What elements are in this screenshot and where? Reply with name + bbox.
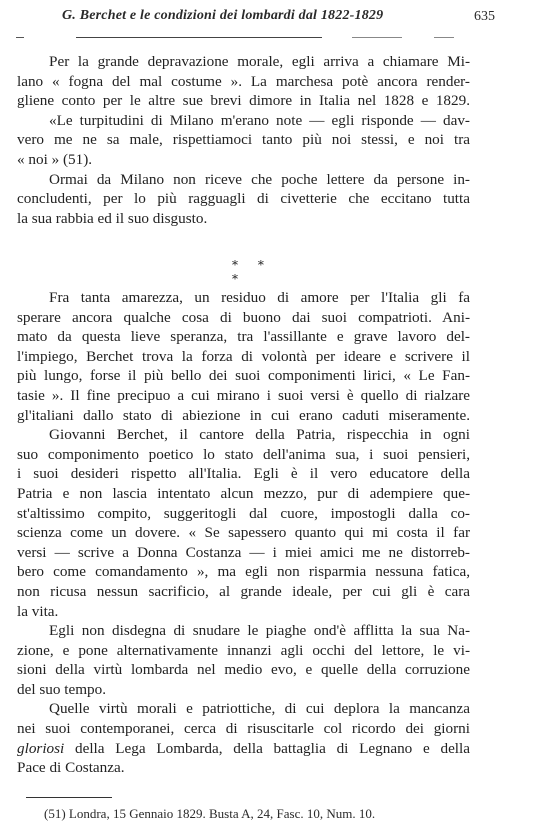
text-span: della Lega Lombarda, della battaglia di … (64, 740, 470, 757)
text-line: bero come comandamento », ma egli non ri… (17, 562, 470, 582)
text-line: Fra tanta amarezza, un residuo di amore … (17, 288, 470, 308)
text-line: concludenti, per lo più ragguagli di civ… (17, 189, 470, 209)
text-line: suo componimento poetico lo stato dell'a… (17, 445, 470, 465)
text-line: non ricusa nessun sacrificio, al grande … (17, 582, 470, 602)
text-line: i suoi desideri rispetto all'Italia. Egl… (17, 464, 470, 484)
header-rule-fragment (352, 37, 402, 38)
text-line: sperare ancora qualche cosa di buono dai… (17, 308, 470, 328)
text-line: vero me ne sa male, rispettiamoci tanto … (17, 130, 470, 150)
section-2-body: Fra tanta amarezza, un residuo di amore … (17, 288, 470, 778)
paragraph: Ormai da Milano non riceve che poche let… (17, 170, 470, 229)
text-line: versi — scrive a Donna Costanza — i miei… (17, 543, 470, 563)
text-line: del suo tempo. (17, 680, 470, 700)
paragraph: «Le turpitudini di Milano m'erano note —… (17, 111, 470, 170)
footnote-rule (26, 797, 112, 798)
text-line: scienza come un dovere. « Se sapessero q… (17, 523, 470, 543)
text-line: st'altissimo compito, suggeritogli dal c… (17, 504, 470, 524)
paragraph: Fra tanta amarezza, un residuo di amore … (17, 288, 470, 425)
text-line: gl'italiani dallo stato di abiezione in … (17, 406, 470, 426)
text-line: « noi » (51). (17, 150, 470, 170)
section-separator: * * * (232, 258, 292, 286)
italic-text: gloriosi (17, 740, 64, 757)
header-rule-fragment (16, 37, 24, 38)
text-line: nei suoi contemporanei, cerca di risusci… (17, 719, 470, 739)
text-line: gliene conto per le altre sue brevi dimo… (17, 91, 470, 111)
footnote: (51) Londra, 15 Gennaio 1829. Busta A, 2… (44, 806, 474, 822)
paragraph: Egli non disdegna di snudare le piaghe o… (17, 621, 470, 699)
text-line: Patria e non lascia intentato alcun mezz… (17, 484, 470, 504)
page-number: 635 (474, 9, 495, 25)
section-1-body: Per la grande depravazione morale, egli … (17, 52, 470, 228)
text-line: zione, e pone alternativamente innanzi a… (17, 641, 470, 661)
text-line: Giovanni Berchet, il cantore della Patri… (17, 425, 470, 445)
text-line: lano « fogna del mal costume ». La march… (17, 72, 470, 92)
running-title: G. Berchet e le condizioni dei lombardi … (62, 8, 462, 24)
paragraph: Per la grande depravazione morale, egli … (17, 52, 470, 111)
header-rule-fragment (434, 37, 454, 38)
text-line: la sua rabbia ed il suo disgusto. (17, 209, 470, 229)
text-line: Ormai da Milano non riceve che poche let… (17, 170, 470, 190)
header-rule (76, 37, 322, 38)
text-line: la vita. (17, 602, 470, 622)
document-page: G. Berchet e le condizioni dei lombardi … (0, 0, 550, 830)
paragraph: Quelle virtù morali e patriottiche, di c… (17, 699, 470, 777)
text-line: l'impiego, Berchet trova la forza di vol… (17, 347, 470, 367)
text-line: tasie ». Il fine precipuo a cui mirano i… (17, 386, 470, 406)
text-line: «Le turpitudini di Milano m'erano note —… (17, 111, 470, 131)
text-line: mato da questa lieve speranza, tra l'ass… (17, 327, 470, 347)
text-line: sioni della virtù lombarda nel medio evo… (17, 660, 470, 680)
text-line: Quelle virtù morali e patriottiche, di c… (17, 699, 470, 719)
text-line: gloriosi della Lega Lombarda, della batt… (17, 739, 470, 759)
text-line: Pace di Costanza. (17, 758, 470, 778)
text-line: Egli non disdegna di snudare le piaghe o… (17, 621, 470, 641)
text-line: più lungo, forse il più bello dei suoi c… (17, 366, 470, 386)
text-line: Per la grande depravazione morale, egli … (17, 52, 470, 72)
paragraph: Giovanni Berchet, il cantore della Patri… (17, 425, 470, 621)
